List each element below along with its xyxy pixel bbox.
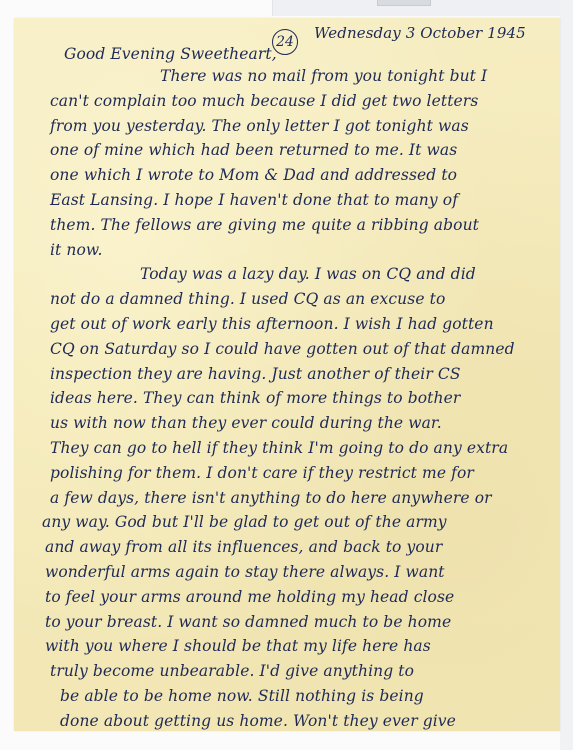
letter-page: 24 Wednesday 3 October 1945 Good Evening…: [14, 18, 560, 731]
letter-line: wonderful arms again to stay there alway…: [45, 563, 445, 581]
scanner-edge: [560, 0, 573, 750]
letter-line: us with now than they ever could during …: [50, 414, 442, 432]
letter-line: CQ on Saturday so I could have gotten ou…: [50, 340, 515, 358]
letter-line: and away from all its influences, and ba…: [45, 538, 442, 556]
letter-line: inspection they are having. Just another…: [50, 365, 461, 383]
scanner-bar: [272, 0, 573, 16]
letter-line: They can go to hell if they think I'm go…: [50, 439, 508, 457]
letter-line: any way. God but I'll be glad to get out…: [42, 513, 447, 531]
letter-line: it now.: [50, 241, 102, 259]
letter-line: with you where I should be that my life …: [45, 637, 431, 655]
letter-line: not do a damned thing. I used CQ as an e…: [50, 290, 445, 308]
letter-line: Today was a lazy day. I was on CQ and di…: [140, 265, 476, 283]
letter-line: East Lansing. I hope I haven't done that…: [50, 191, 458, 209]
letter-line: one which I wrote to Mom & Dad and addre…: [50, 166, 457, 184]
letter-line: from you yesterday. The only letter I go…: [50, 117, 469, 135]
letter-line: to your breast. I want so damned much to…: [45, 613, 451, 631]
letter-date: Wednesday 3 October 1945: [314, 24, 526, 42]
letter-line: get out of work early this afternoon. I …: [50, 315, 494, 333]
letter-line: can't complain too much because I did ge…: [50, 92, 478, 110]
scanner-tab: [377, 0, 431, 6]
letter-line: done about getting us home. Won't they e…: [60, 712, 456, 730]
letter-line: polishing for them. I don't care if they…: [50, 464, 474, 482]
letter-line: to feel your arms around me holding my h…: [45, 588, 454, 606]
letter-line: one of mine which had been returned to m…: [50, 141, 457, 159]
letter-line: be able to be home now. Still nothing is…: [60, 687, 424, 705]
letter-line: a few days, there isn't anything to do h…: [50, 489, 492, 507]
letter-line: ideas here. They can think of more thing…: [50, 389, 460, 407]
letter-line: There was no mail from you tonight but I: [160, 67, 487, 85]
letter-line: truly become unbearable. I'd give anythi…: [50, 662, 414, 680]
letter-line: them. The fellows are giving me quite a …: [50, 216, 479, 234]
letter-greeting: Good Evening Sweetheart,: [64, 45, 277, 63]
